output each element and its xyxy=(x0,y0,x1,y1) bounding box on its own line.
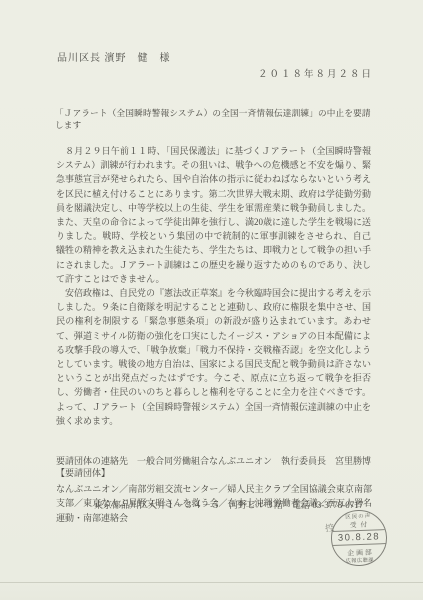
letter-title: 「Ｊアラート（全国瞬時警報システム）の全国一斉情報伝達訓練」の中止を要請します xyxy=(55,107,373,131)
stamp-date: 30.8.28 xyxy=(332,529,386,546)
letter-body: ８月２９日午前１１時、「国民保護法」に基づくＪアラート（全国瞬時警報システム）訓… xyxy=(56,144,371,428)
body-paragraph-2: 安倍政権は、自民党の『憲法改正草案』を今秋臨時国会に提出する考えを示しました。９… xyxy=(56,286,371,428)
handwritten-mark: 控 xyxy=(324,520,335,534)
scan-edge-line xyxy=(0,582,423,583)
stamp-section: 広報広聴課 xyxy=(345,556,374,564)
requesting-groups-block: 【要請団体】 なんぶユニオン／南部労組交流センター／婦人民主クラブ全国協議会東京… xyxy=(56,466,372,525)
stamp-received-label: 受付 xyxy=(346,519,371,529)
scanned-letter-page: 品川区長 濱野 健 様 ２０１８年８月２８日 「Ｊアラート（全国瞬時警報システム… xyxy=(0,0,423,600)
body-paragraph-1: ８月２９日午前１１時、「国民保護法」に基づくＪアラート（全国瞬時警報システム）訓… xyxy=(56,144,371,286)
receipt-stamp: 区民の声 受付 30.8.28 企画部 広報広聴課 xyxy=(330,509,388,567)
addressee-line: 品川区長 濱野 健 様 xyxy=(57,49,171,64)
letter-date: ２０１８年８月２８日 xyxy=(258,66,373,80)
groups-heading: 【要請団体】 xyxy=(56,466,372,481)
groups-list: なんぶユニオン／南部労組交流センター／婦人民主クラブ全国協議会東京南部支部／東京… xyxy=(56,482,372,526)
